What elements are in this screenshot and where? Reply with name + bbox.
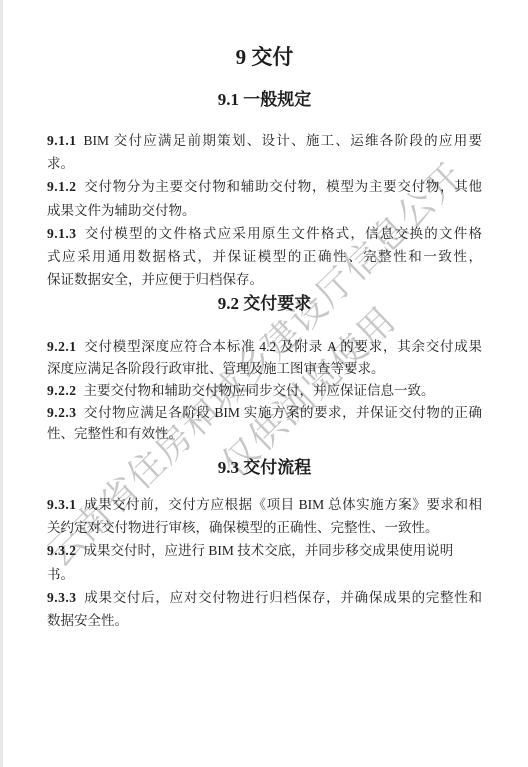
clause-text: 性、完整性和有效性。 — [47, 426, 182, 441]
clause-text: 书。 — [47, 567, 74, 582]
clause-text: 深度应满足各阶段行政审批、管理及施工图审查等要求。 — [47, 361, 385, 376]
chapter-title: 9 交付 — [47, 44, 482, 71]
clause-text: 保证数据安全，并应便于归档保存。 — [47, 272, 263, 287]
clause-number: 9.2.3 — [47, 405, 77, 420]
clause-line: 9.3.1成果交付前，交付方应根据《项目 BIM 总体实施方案》要求和相 — [47, 493, 482, 516]
clause-text: 主要交付物和辅助交付物应同步交付，并应保证信息一致。 — [84, 383, 435, 398]
clause-text: 式应采用通用数据格式，并保证模型的正确性、完整性和一致性， — [47, 249, 482, 264]
clause-line: 9.2.3交付物应满足各阶段 BIM 实施方案的要求，并保证交付物的正确 — [47, 402, 482, 424]
document-page: 云南省住房和城乡建设厅信息公开 仅供浏览使用 9 交付 9.1 一般规定 9.1… — [0, 0, 528, 767]
clause-number: 9.1.1 — [47, 133, 77, 148]
clause-text: 关约定对交付物进行审核，确保模型的正确性、完整性、一致性。 — [47, 520, 439, 535]
clause-line: 9.2.2主要交付物和辅助交付物应同步交付，并应保证信息一致。 — [47, 380, 482, 402]
clause-line: 9.2.1交付模型深度应符合本标准 4.2 及附录 A 的要求，其余交付成果 — [47, 336, 482, 358]
clause-line: 书。 — [47, 563, 482, 586]
clause-text: 求。 — [47, 156, 74, 171]
clause-text: 数据安全性。 — [47, 613, 128, 628]
clause-number: 9.2.2 — [47, 383, 77, 398]
section-body-9-1: 9.1.1BIM 交付应满足前期策划、设计、施工、运维各阶段的应用要 求。 9.… — [47, 129, 482, 291]
section-body-9-3: 9.3.1成果交付前，交付方应根据《项目 BIM 总体实施方案》要求和相 关约定… — [47, 493, 482, 632]
clause-number: 9.3.1 — [47, 497, 77, 512]
clause-line: 9.3.2成果交付时，应进行 BIM 技术交底，并同步移交成果使用说明 — [47, 539, 482, 562]
section-heading-9-2: 9.2 交付要求 — [47, 294, 482, 314]
clause-line: 保证数据安全，并应便于归档保存。 — [47, 268, 482, 291]
section-heading-9-1: 9.1 一般规定 — [47, 90, 482, 110]
clause-line: 成果文件为辅助交付物。 — [47, 199, 482, 222]
clause-line: 式应采用通用数据格式，并保证模型的正确性、完整性和一致性， — [47, 245, 482, 268]
clause-text: 交付模型深度应符合本标准 4.2 及附录 A 的要求，其余交付成果 — [84, 339, 483, 354]
clause-text: BIM 交付应满足前期策划、设计、施工、运维各阶段的应用要 — [84, 133, 483, 148]
clause-number: 9.3.2 — [47, 543, 77, 558]
section-body-9-2: 9.2.1交付模型深度应符合本标准 4.2 及附录 A 的要求，其余交付成果 深… — [47, 336, 482, 445]
clause-text: 成果交付后，应对交付物进行归档保存，并确保成果的完整性和 — [84, 590, 483, 605]
clause-line: 深度应满足各阶段行政审批、管理及施工图审查等要求。 — [47, 358, 482, 380]
clause-number: 9.1.3 — [47, 226, 77, 241]
clause-line: 求。 — [47, 152, 482, 175]
clause-text: 交付物应满足各阶段 BIM 实施方案的要求，并保证交付物的正确 — [84, 405, 483, 420]
clause-text: 交付物分为主要交付物和辅助交付物，模型为主要交付物，其他 — [84, 179, 483, 194]
clause-text: 成果交付时，应进行 BIM 技术交底，并同步移交成果使用说明 — [84, 543, 454, 558]
clause-number: 9.2.1 — [47, 339, 77, 354]
clause-text: 成果交付前，交付方应根据《项目 BIM 总体实施方案》要求和相 — [84, 497, 483, 512]
clause-number: 9.3.3 — [47, 590, 77, 605]
clause-line: 9.1.3交付模型的文件格式应采用原生文件格式，信息交换的文件格 — [47, 222, 482, 245]
clause-line: 9.1.2交付物分为主要交付物和辅助交付物，模型为主要交付物，其他 — [47, 175, 482, 198]
clause-number: 9.1.2 — [47, 179, 77, 194]
section-heading-9-3: 9.3 交付流程 — [47, 458, 482, 478]
clause-line: 9.3.3成果交付后，应对交付物进行归档保存，并确保成果的完整性和 — [47, 586, 482, 609]
clause-line: 性、完整性和有效性。 — [47, 423, 482, 445]
clause-line: 关约定对交付物进行审核，确保模型的正确性、完整性、一致性。 — [47, 516, 482, 539]
document-content: 9 交付 9.1 一般规定 9.1.1BIM 交付应满足前期策划、设计、施工、运… — [47, 0, 482, 632]
clause-line: 数据安全性。 — [47, 609, 482, 632]
clause-line: 9.1.1BIM 交付应满足前期策划、设计、施工、运维各阶段的应用要 — [47, 129, 482, 152]
clause-text: 成果文件为辅助交付物。 — [47, 203, 196, 218]
clause-text: 交付模型的文件格式应采用原生文件格式，信息交换的文件格 — [84, 226, 483, 241]
page-left-edge — [0, 0, 3, 767]
